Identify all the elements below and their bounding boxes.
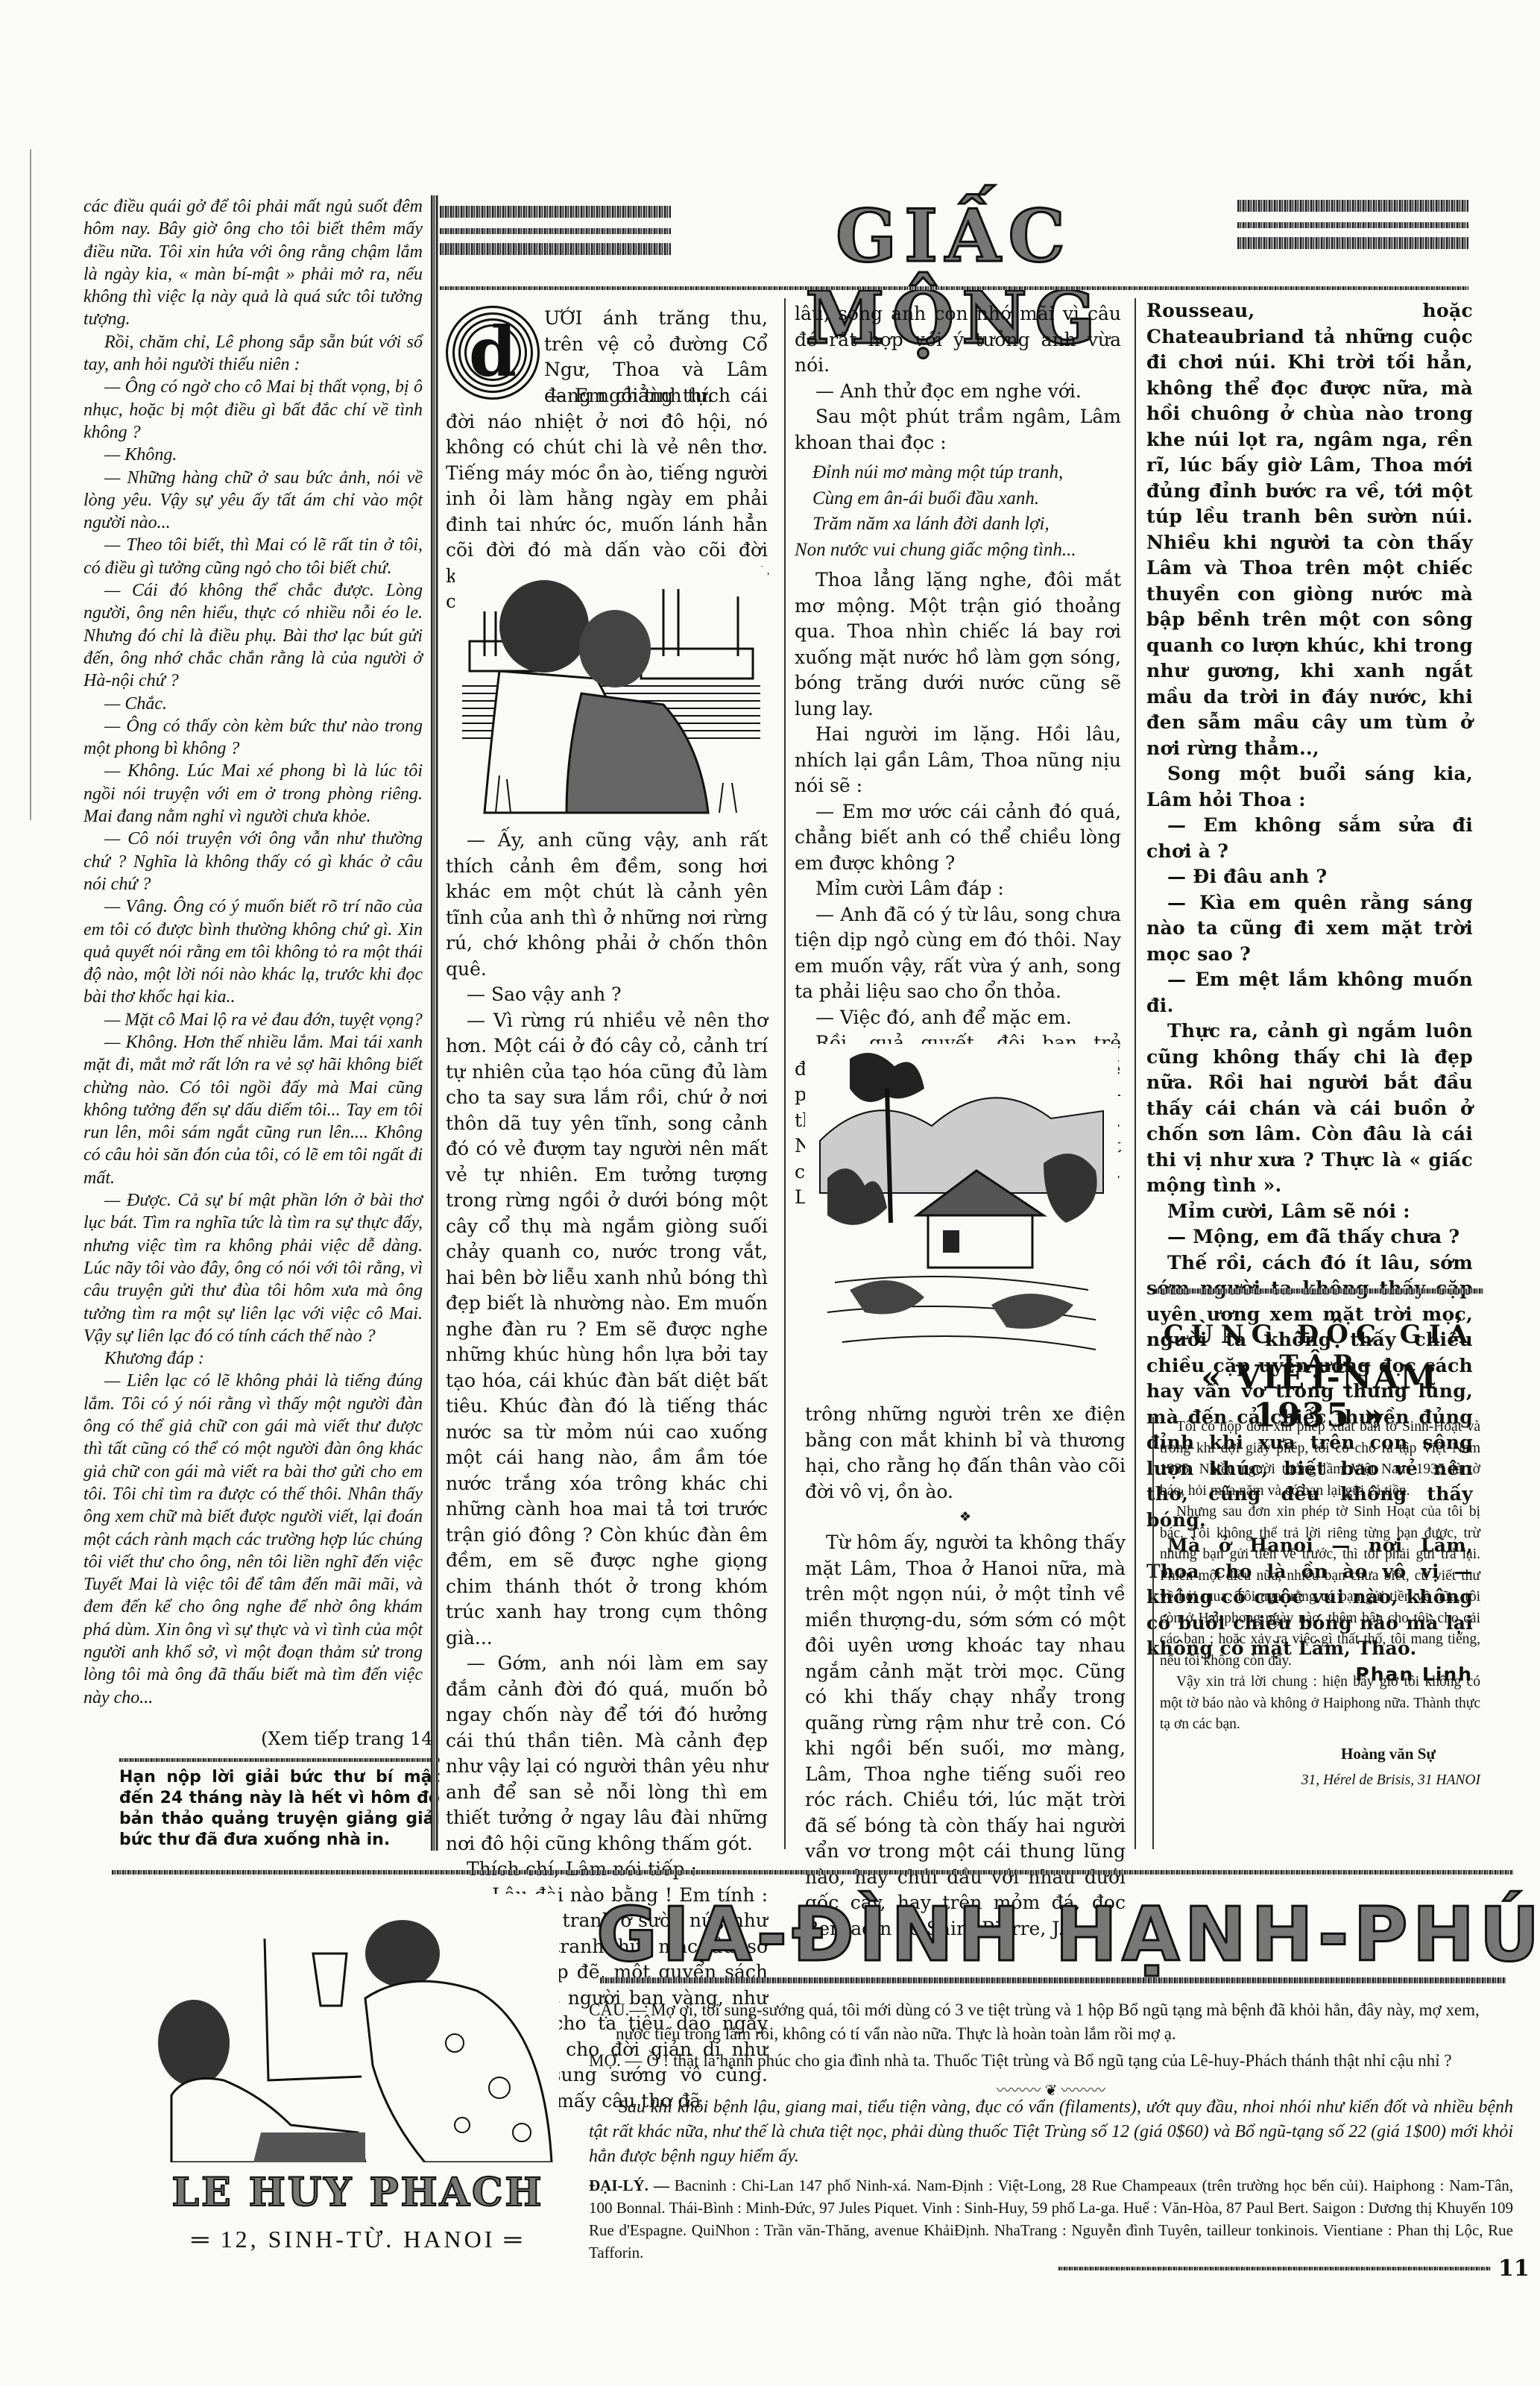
speaker: MỢ. —: [589, 2051, 643, 2070]
paragraph: — Kìa em quên rằng sáng nào ta cũng đi x…: [1146, 890, 1473, 968]
poem: Đỉnh núi mơ màng một túp tranh, Cùng em …: [795, 460, 1121, 563]
advertisement-dialogue: CẬU.— Mợ ơi, tôi sung-sướng quá, tôi mới…: [589, 1998, 1513, 2109]
paragraph: Thoa lẳng lặng nghe, đôi mắt mơ mộng. Mộ…: [795, 567, 1121, 722]
agents-label: ĐẠI-LÝ. —: [589, 2176, 669, 2194]
poem-line: Trăm năm xa lánh đời danh lợi,: [812, 511, 1121, 538]
paragraph: Nhưng sau đơn xin phép tờ Sinh Hoạt của …: [1160, 1502, 1480, 1672]
paragraph: — Đi đâu anh ?: [1146, 864, 1473, 890]
page-margin-line: [30, 149, 31, 820]
paragraph: Vậy xin trả lời chung : hiện bây giờ tôi…: [1160, 1672, 1480, 1736]
column-divider: [1135, 298, 1136, 1849]
paragraph: Song một buổi sáng kia, Lâm hỏi Thoa :: [1146, 761, 1473, 813]
paragraph: — Liên lạc có lẽ không phải là tiếng đún…: [83, 1370, 423, 1708]
poem-line: Đỉnh núi mơ màng một túp tranh,: [812, 460, 1121, 486]
announcement-top-rule: [1155, 1288, 1483, 1294]
brand-address-text: 12, SINH-TỪ. HANOI: [221, 2226, 496, 2253]
paragraph: các điều quái gở để tôi phải mất ngủ suố…: [83, 195, 423, 331]
paragraph: — Không. Lúc Mai xé phong bì là lúc tôi …: [83, 760, 423, 828]
announcement-address: 31, Hérel de Brisis, 31 HANOI: [1160, 1770, 1480, 1792]
paragraph: Mỉm cười, Lâm sẽ nói :: [1146, 1199, 1473, 1225]
paragraph: — Mặt cô Mai lộ ra vẻ đau đớn, tuyệt vọn…: [83, 1009, 423, 1031]
paragraph: — Không.: [83, 444, 423, 466]
paragraph: — Cái đó không thể chắc được. Lòng người…: [83, 579, 423, 692]
paragraph: — Chắc.: [83, 693, 423, 715]
paragraph: — Không. Hơn thế nhiều lắm. Mai tái xanh…: [83, 1031, 423, 1189]
advertisement-illustration: [142, 1894, 559, 2162]
paragraph: — Được. Cả sự bí mật phần lớn ở bài thơ …: [83, 1189, 423, 1347]
illustration-city-view: [455, 567, 768, 820]
paragraph: — Ông có thấy còn kèm bức thư nào trong …: [83, 715, 423, 761]
headline-underline: [600, 1977, 1506, 1983]
paragraph: — Sao vậy anh ?: [446, 982, 768, 1008]
announcement-left-rule: [1152, 1417, 1154, 1849]
rule-ornament: ═: [495, 2226, 524, 2253]
article-col3-bottom: trông những người trên xe điện bằng con …: [805, 1402, 1126, 1942]
paragraph: — Em mệt lắm không muốn đi.: [1146, 967, 1473, 1019]
paragraph: — Việc đó, anh để mặc em.: [795, 1005, 1121, 1031]
dialogue-line-mo: MỢ. — Ồ ! thật là hạnh phúc cho gia đình…: [589, 2049, 1513, 2073]
advertisement-top-rule: [112, 1870, 1513, 1875]
agents-list: Bacninh : Chi-Lan 147 phố Ninh-xá. Nam-Đ…: [589, 2176, 1513, 2261]
poem-line: Cùng em ân-ái buổi đầu xanh.: [812, 486, 1121, 512]
paragraph: Từ hôm ấy, người ta không thấy mặt Lâm, …: [805, 1530, 1126, 1942]
paragraph: Mỉm cười Lâm đáp :: [795, 876, 1121, 902]
continued-note: (Xem tiếp trang 14): [224, 1728, 440, 1749]
paragraph: Sau một phút trầm ngâm, Lâm khoan thai đ…: [795, 404, 1121, 456]
story-continued-column: các điều quái gở để tôi phải mất ngủ suố…: [83, 195, 423, 1709]
paragraph: — Vâng. Ông có ý muốn biết rõ trí não củ…: [83, 895, 423, 1008]
advertisement-brand-address: ═ 12, SINH-TỪ. HANOI ═: [171, 2226, 544, 2253]
dialogue-text: Mợ ơi, tôi sung-sướng quá, tôi mới dùng …: [616, 2001, 1480, 2043]
paragraph: — Theo tôi biết, thì Mai có lẽ rất tin ở…: [83, 534, 423, 579]
title-bars-right: [1237, 194, 1468, 254]
paragraph: Hai người im lặng. Hồi lâu, nhích lại gầ…: [795, 722, 1121, 799]
paragraph: lâu, song anh còn nhớ mãi vì câu đó rất …: [795, 301, 1121, 379]
dropcap-letter: d: [448, 311, 537, 393]
paragraph: — Anh thử đọc em nghe với.: [795, 379, 1121, 405]
advertisement-headline: GIA-ĐÌNH HẠNH-PHÚC: [596, 1890, 1513, 1980]
paragraph: — Ấy, anh cũng vậy, anh rất thích cảnh ê…: [446, 828, 768, 982]
announcement-body: Tôi có nộp đơn xin phép xuất bản tờ Sinh…: [1160, 1417, 1480, 1792]
page-number: 11: [1498, 2256, 1530, 2282]
paragraph: — Ông có ngờ cho cô Mai bị thất vọng, bị…: [83, 376, 423, 444]
rule-ornament: ═: [192, 2226, 221, 2253]
advertisement-agents: ĐẠI-LÝ. — Bacninh : Chi-Lan 147 phố Ninh…: [589, 2174, 1513, 2264]
paragraph: Rồi, chăm chỉ, Lê phong sắp sẵn bút với …: [83, 331, 423, 377]
paragraph: Rousseau, hoặc Chateaubriand tả những cu…: [1146, 298, 1473, 761]
section-ornament: ❖: [805, 1505, 1126, 1530]
paragraph: — Cô nói truyện với ông vẫn như thường c…: [83, 828, 423, 895]
speaker: CẬU.—: [589, 2001, 646, 2019]
paragraph: Tôi có nộp đơn xin phép xuất bản tờ Sinh…: [1160, 1417, 1480, 1502]
dialogue-text: Ồ ! thật là hạnh phúc cho gia đình nhà t…: [646, 2051, 1451, 2070]
paragraph: Thực ra, cảnh gì ngắm luôn cũng không th…: [1146, 1019, 1473, 1199]
paragraph: Khương đáp :: [83, 1347, 423, 1370]
footer-rule: [1058, 2267, 1491, 2270]
illustration-mountain-hut: [805, 1044, 1118, 1387]
paragraph: — Vì rừng rú nhiều vẻ nên thơ hơn. Một c…: [446, 1008, 768, 1652]
paragraph: — Em không sắm sửa đi chơi à ?: [1146, 813, 1473, 864]
column-divider: [431, 195, 438, 1851]
title-underline: [440, 286, 1468, 290]
paragraph: trông những người trên xe điện bằng con …: [805, 1402, 1126, 1505]
paragraph: — Gớm, anh nói làm em say đắm cảnh đời đ…: [446, 1651, 768, 1857]
advertisement-body: Sau khi khỏi bệnh lậu, giang mai, tiểu t…: [589, 2095, 1513, 2169]
title-bars-left: [440, 200, 671, 259]
announcement-signature: Hoàng văn Sự: [1160, 1743, 1480, 1765]
poem-line: Non nước vui chung giấc mộng tình...: [795, 538, 1121, 564]
column-divider: [784, 298, 786, 1849]
dialogue-line-cau: CẬU.— Mợ ơi, tôi sung-sướng quá, tôi mới…: [589, 1998, 1513, 2046]
paragraph: — Anh đã có ý từ lâu, song chưa tiện dịp…: [795, 902, 1121, 1005]
paragraph: — Những hàng chữ ở sau bức ảnh, nói về l…: [83, 467, 423, 535]
notice-box: Hạn nộp lời giải bức thư bí mật đến 24 t…: [119, 1767, 440, 1851]
advertisement-brand: LE HUY PHACH: [171, 2170, 544, 2215]
paragraph: — Mộng, em đã thấy chưa ?: [1146, 1224, 1473, 1250]
paragraph: — Em mơ ước cái cảnh đó quá, chẳng biết …: [795, 799, 1121, 877]
divider: [119, 1758, 440, 1762]
